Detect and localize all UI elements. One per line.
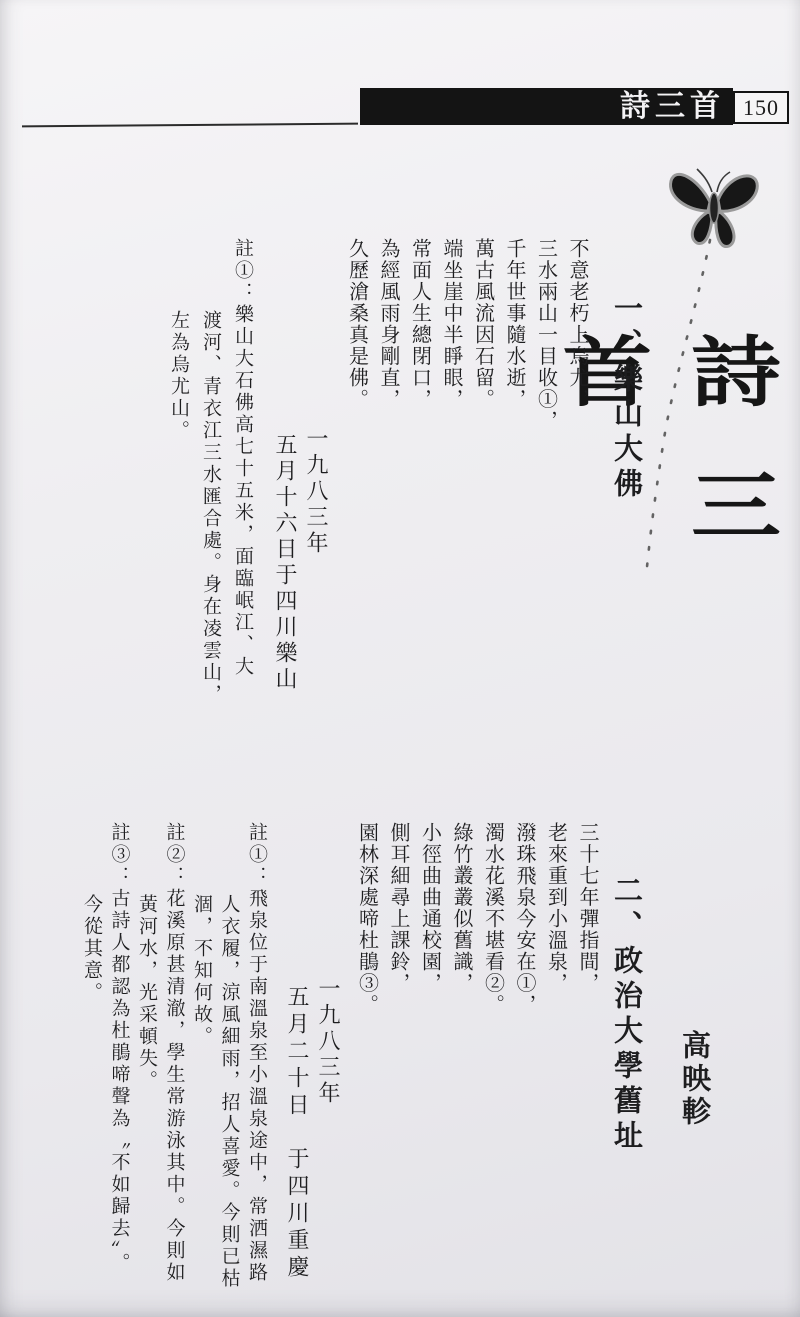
header-rule <box>22 123 358 128</box>
poem-1-line: 常面人生總閉口， <box>403 238 435 708</box>
poem-1-date-year: 一九八三年 <box>301 238 332 708</box>
poem-1-line: 三水兩山一目收①， <box>529 238 561 708</box>
header-title: 詩三首 <box>620 92 733 122</box>
poem-2-section: 高映軫 二、政治大學舊址 三十七年彈指間， 老來重到小溫泉， 潑珠飛泉今安在①，… <box>78 822 719 1317</box>
poem-1-heading: 一、樂山大佛 <box>602 238 650 708</box>
poem-2-line: 側耳細尋上課鈴， <box>382 822 414 1317</box>
page-number-box: 150 <box>733 91 789 124</box>
poem-2-date-year: 一九八三年 <box>313 822 344 1317</box>
poem-1-line: 端坐崖中半睜眼， <box>435 238 467 708</box>
poem-2-note-column: 註③：古詩人都認為杜鵑啼聲為〝不如歸去〞。 <box>105 822 133 1317</box>
poem-1-line: 不意老朽上烏尤， <box>561 238 593 708</box>
poem-1-note-column: 註①：樂山大石佛高七十五米，面臨岷江、大 <box>226 238 258 708</box>
poem-2-note-column: 註②：花溪原甚清澈，學生常游泳其中。今則如 <box>160 822 188 1317</box>
author-name: 高映軫 <box>670 822 718 1317</box>
poem-2-line: 園林深處啼杜鵑③。 <box>350 822 382 1317</box>
poem-1-note-column: 左為烏尤山。 <box>162 238 194 708</box>
poem-1-note-column: 渡河、青衣江三水匯合處。身在凌雲山， <box>194 238 226 708</box>
poem-2-date-place: 五月二十日 于四川重慶 <box>282 822 313 1317</box>
poem-1-date-place: 五月十六日于四川樂山 <box>270 238 301 708</box>
poem-2-note-column: 涸，不知何故。 <box>188 822 216 1317</box>
poem-2-note-column: 註①：飛泉位于南溫泉至小溫泉途中，常洒濕路 <box>243 822 271 1317</box>
poem-1-line: 萬古風流因石留。 <box>466 238 498 708</box>
poem-2-line: 潑珠飛泉今安在①， <box>508 822 540 1317</box>
poem-1-line: 千年世事隨水逝， <box>498 238 530 708</box>
poem-1-section: 一、樂山大佛 不意老朽上烏尤， 三水兩山一目收①， 千年世事隨水逝， 萬古風流因… <box>162 238 650 708</box>
poem-1-line: 久歷滄桑真是佛。 <box>340 238 372 708</box>
poem-1-line: 為經風雨身剛直， <box>372 238 404 708</box>
book-page: 詩三首 150 詩三首 一、樂山大佛 不意老朽上烏尤， 三水兩山一目收①， 千年… <box>0 0 800 1317</box>
poem-2-line: 老來重到小溫泉， <box>539 822 571 1317</box>
poem-2-line: 濁水花溪不堪看②。 <box>476 822 508 1317</box>
header-bar: 詩三首 <box>360 88 733 125</box>
poem-2-heading: 二、政治大學舊址 <box>602 822 650 1317</box>
poem-2-note-column: 今從其意。 <box>78 822 106 1317</box>
page-number: 150 <box>743 95 779 121</box>
poem-2-line: 小徑曲曲通校園， <box>413 822 445 1317</box>
poem-2-note-column: 人衣履，涼風細雨，招人喜愛。今則已枯 <box>215 822 243 1317</box>
poem-2-line: 綠竹叢叢似舊識， <box>445 822 477 1317</box>
poem-2-line: 三十七年彈指間， <box>571 822 603 1317</box>
poem-2-note-column: 黃河水，光采頓失。 <box>133 822 161 1317</box>
